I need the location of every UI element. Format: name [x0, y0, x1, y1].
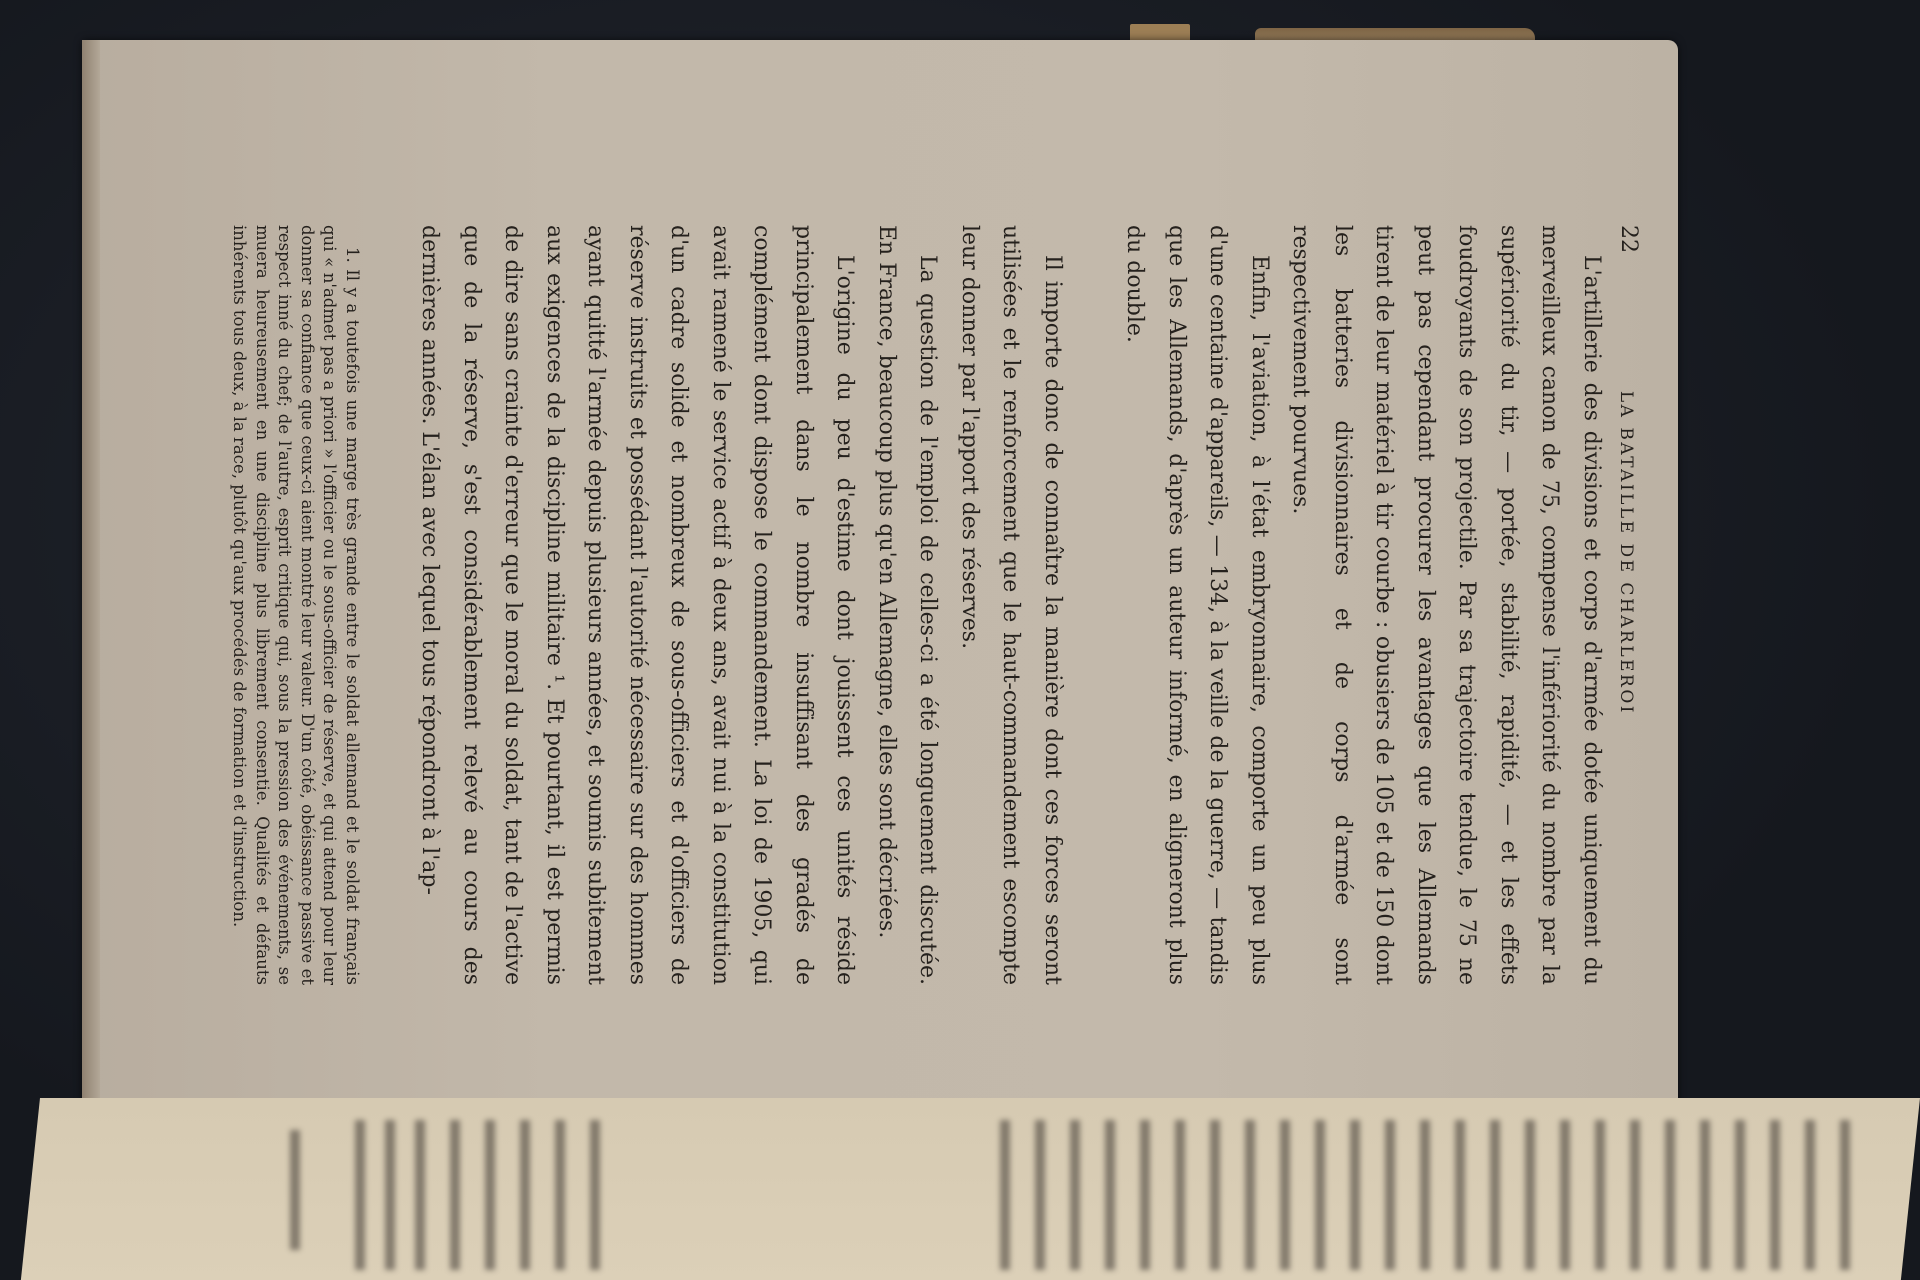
- body-text: L'artillerie des divisions et corps d'ar…: [409, 225, 1612, 985]
- paragraph-aviation: Enfin, l'aviation, à l'état embryonnaire…: [1114, 225, 1280, 985]
- page-stack-edge: [82, 40, 100, 1110]
- running-header: 22 LA BATAILLE DE CHARLEROI: [1616, 225, 1650, 985]
- footnote: 1. Il y a toutefois une marge très grand…: [228, 225, 363, 985]
- footnote-1: 1. Il y a toutefois une marge très grand…: [228, 225, 363, 985]
- page-number: 22: [1616, 225, 1641, 253]
- paragraph-origin: L'origine du peu d'estime dont jouissent…: [409, 225, 866, 985]
- facing-page-text-blurred: [0, 1120, 1920, 1280]
- running-head-title: LA BATAILLE DE CHARLEROI: [1616, 391, 1636, 715]
- paragraph-artillery: L'artillerie des divisions et corps d'ar…: [1280, 225, 1612, 985]
- paragraph-reserves-question: La question de l'emploi de celles-ci a é…: [866, 225, 949, 985]
- page-text-rotated: 22 LA BATAILLE DE CHARLEROI L'artillerie…: [290, 225, 1650, 985]
- paragraph-reserves-intro: Il importe donc de connaître la manière …: [949, 225, 1074, 985]
